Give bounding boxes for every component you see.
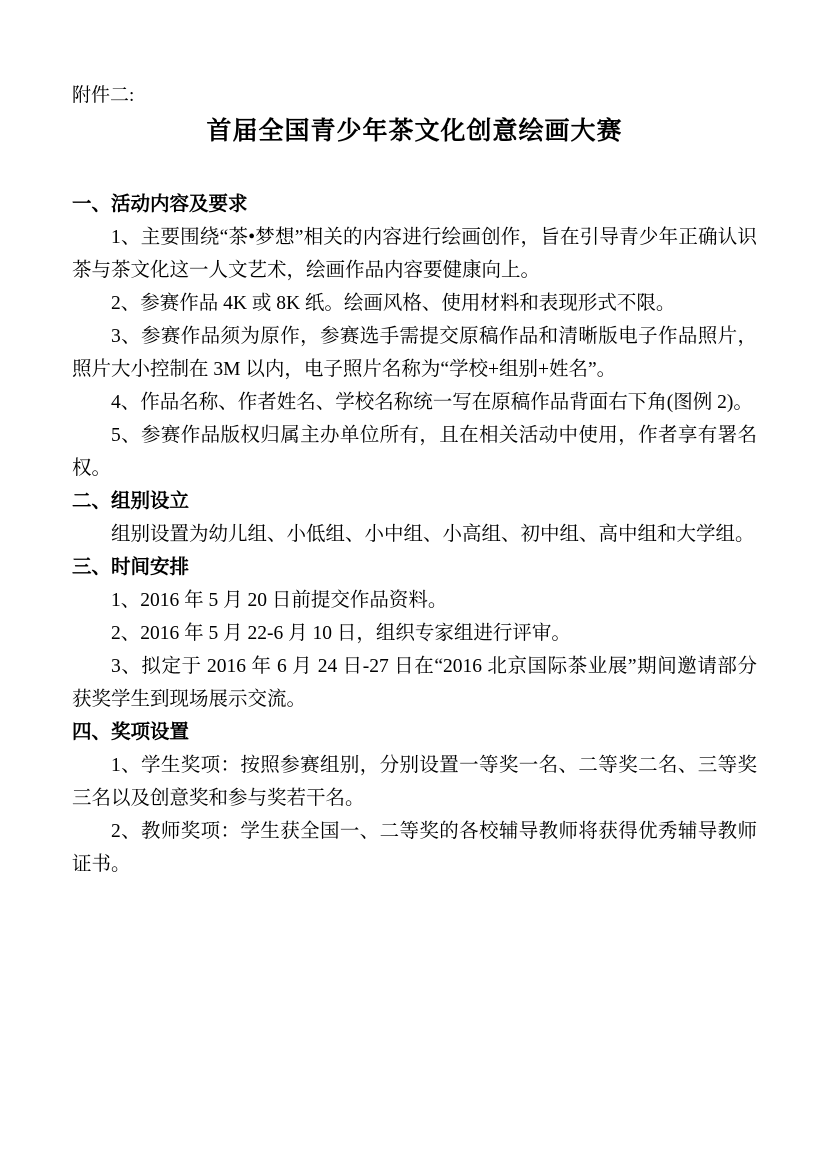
paragraph: 1、2016 年 5 月 20 日前提交作品资料。 (72, 584, 757, 617)
section-heading: 一、活动内容及要求 (72, 188, 757, 221)
paragraph: 2、参赛作品 4K 或 8K 纸。绘画风格、使用材料和表现形式不限。 (72, 287, 757, 320)
page-title: 首届全国青少年茶文化创意绘画大赛 (72, 116, 757, 146)
paragraph: 3、拟定于 2016 年 6 月 24 日-27 日在“2016 北京国际茶业展… (72, 650, 757, 716)
document-page: 附件二: 首届全国青少年茶文化创意绘画大赛 一、活动内容及要求1、主要围绕“茶•… (0, 0, 827, 1169)
paragraph: 4、作品名称、作者姓名、学校名称统一写在原稿作品背面右下角(图例 2)。 (72, 386, 757, 419)
paragraph: 1、学生奖项：按照参赛组别，分别设置一等奖一名、二等奖二名、三等奖三名以及创意奖… (72, 749, 757, 815)
section-heading: 二、组别设立 (72, 485, 757, 518)
paragraph: 1、主要围绕“茶•梦想”相关的内容进行绘画创作，旨在引导青少年正确认识茶与茶文化… (72, 221, 757, 287)
section-heading: 四、奖项设置 (72, 716, 757, 749)
paragraph: 2、2016 年 5 月 22-6 月 10 日，组织专家组进行评审。 (72, 617, 757, 650)
paragraph: 5、参赛作品版权归属主办单位所有，且在相关活动中使用，作者享有署名权。 (72, 419, 757, 485)
paragraph: 3、参赛作品须为原作，参赛选手需提交原稿作品和清晰版电子作品照片，照片大小控制在… (72, 320, 757, 386)
section-heading: 三、时间安排 (72, 551, 757, 584)
paragraph: 2、教师奖项：学生获全国一、二等奖的各校辅导教师将获得优秀辅导教师证书。 (72, 815, 757, 881)
paragraph: 组别设置为幼儿组、小低组、小中组、小高组、初中组、高中组和大学组。 (72, 518, 757, 551)
attachment-label: 附件二: (72, 84, 757, 108)
document-sections: 一、活动内容及要求1、主要围绕“茶•梦想”相关的内容进行绘画创作，旨在引导青少年… (72, 188, 757, 881)
